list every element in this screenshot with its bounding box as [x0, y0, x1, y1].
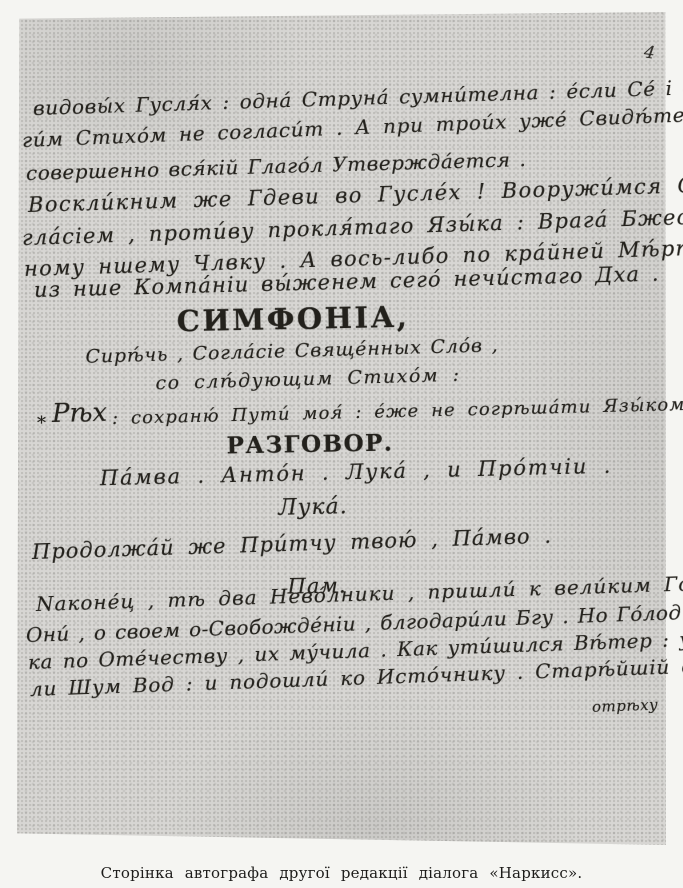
figure-caption: Сторінка автографа другої редакції діало… [0, 864, 683, 882]
catchword: отрѣху [592, 696, 659, 716]
razgovor-title: РАЗГОВОР. [226, 430, 393, 460]
verse-initial: Рѣх [52, 398, 108, 429]
verse-marker-icon: * [37, 413, 46, 434]
symphonia-title: СИМФОНІА, [176, 300, 409, 338]
speaker-heading-luka: Лука́. [278, 494, 348, 521]
book-page: 4 видовы́х Гусля́х : одна́ Струна́ сумни… [0, 0, 683, 888]
